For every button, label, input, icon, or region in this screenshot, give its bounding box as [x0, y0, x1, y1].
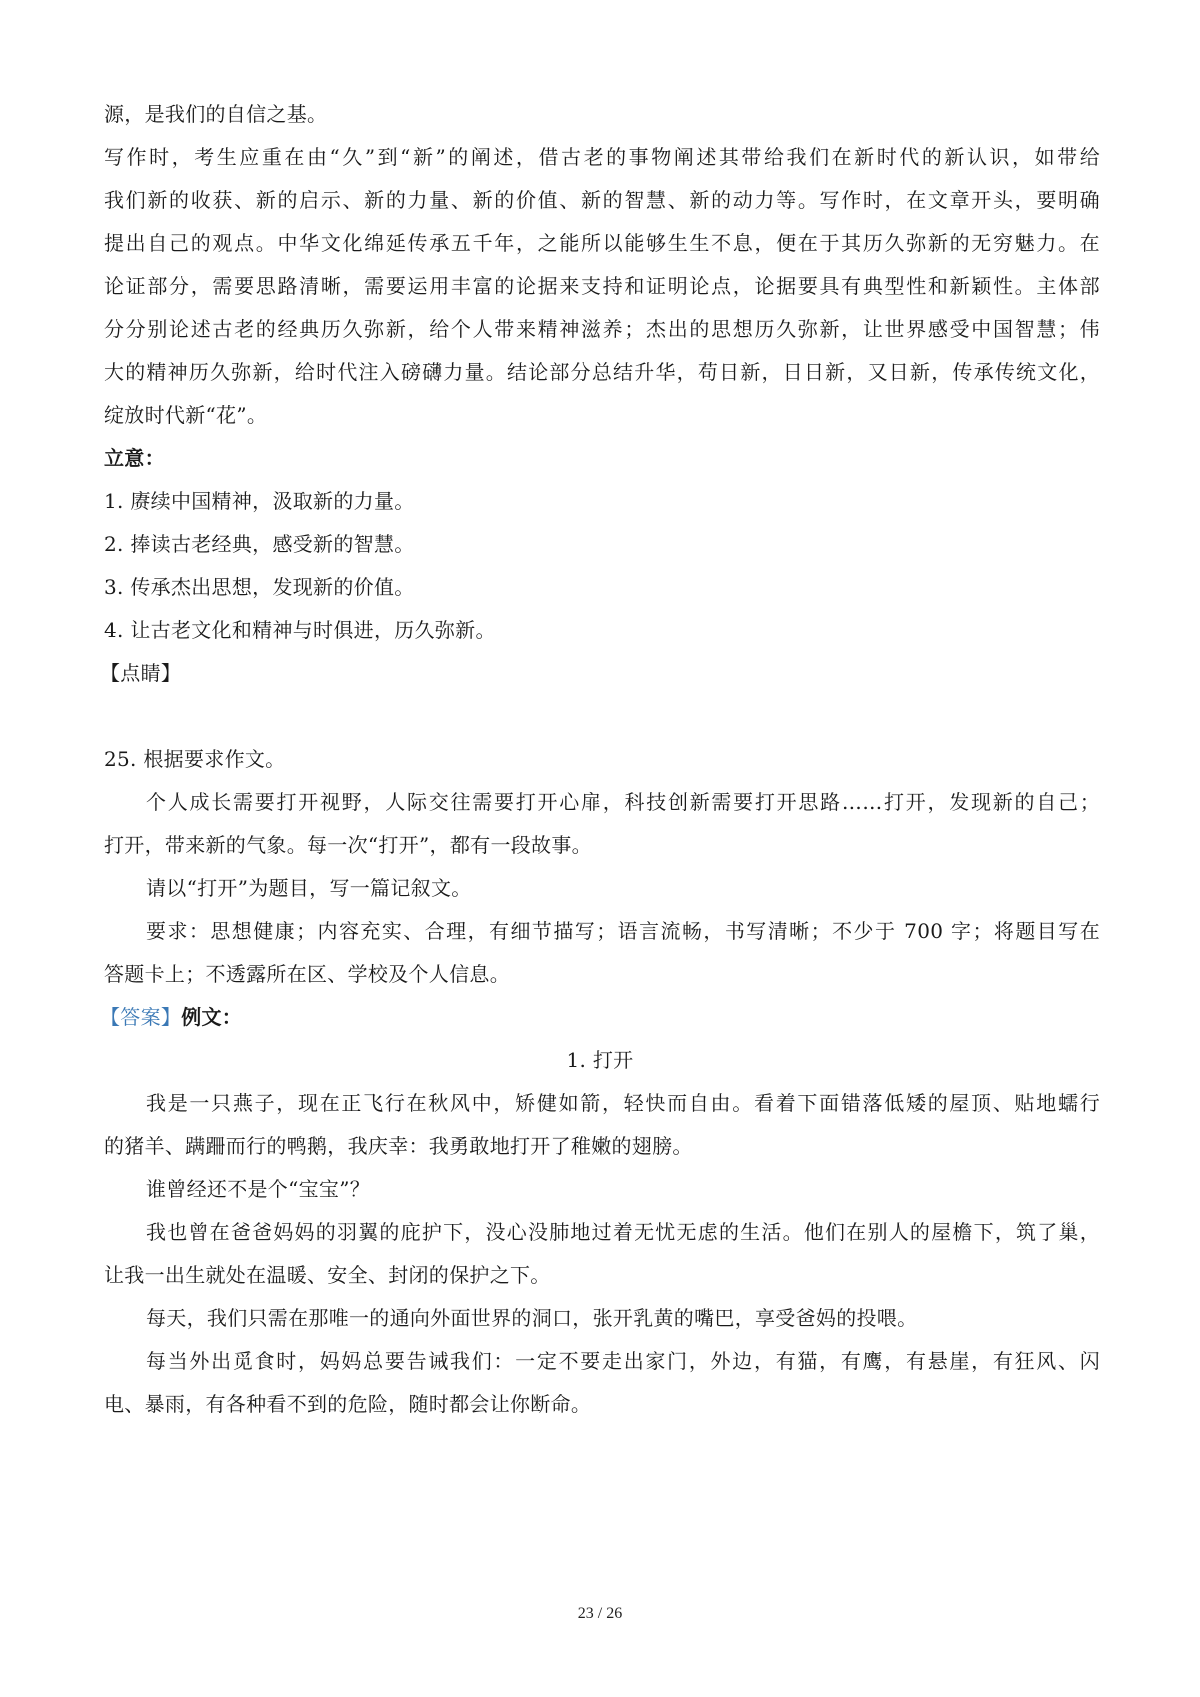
theme-item: 1. 赓续中国精神，汲取新的力量。	[104, 487, 1100, 515]
essay-paragraph-line: 每当外出觅食时，妈妈总要告诫我们：一定不要走出家门，外边，有猫，有鹰，有悬崖，有…	[146, 1347, 1100, 1375]
answer-label: 例文：	[181, 1005, 242, 1029]
analysis-line: 论证部分，需要思路清晰，需要运用丰富的论据来支持和证明论点，论据要具有典型性和新…	[104, 272, 1100, 300]
essay-paragraph-line: 的猪羊、蹒跚而行的鸭鹅，我庆幸：我勇敢地打开了稚嫩的翅膀。	[104, 1132, 1100, 1160]
analysis-line: 分分别论述古老的经典历久弥新，给个人带来精神滋养；杰出的思想历久弥新，让世界感受…	[104, 315, 1100, 343]
page-number: 23 / 26	[0, 1605, 1200, 1623]
theme-item: 2. 捧读古老经典，感受新的智慧。	[104, 530, 1100, 558]
essay-paragraph-line: 谁曾经还不是个“宝宝”？	[146, 1175, 1100, 1203]
question-requirement-line: 答题卡上；不透露所在区、学校及个人信息。	[104, 960, 1100, 988]
theme-heading: 立意：	[104, 444, 1100, 472]
theme-item: 3. 传承杰出思想，发现新的价值。	[104, 573, 1100, 601]
analysis-line: 我们新的收获、新的启示、新的力量、新的价值、新的智慧、新的动力等。写作时，在文章…	[104, 186, 1100, 214]
essay-paragraph-line: 让我一出生就处在温暖、安全、封闭的保护之下。	[104, 1261, 1100, 1289]
analysis-line: 源，是我们的自信之基。	[104, 100, 1100, 128]
theme-item: 4. 让古老文化和精神与时俱进，历久弥新。	[104, 616, 1100, 644]
document-page: 源，是我们的自信之基。 写作时，考生应重在由“久”到“新”的阐述，借古老的事物阐…	[0, 0, 1200, 1697]
essay-title: 1. 打开	[0, 1046, 1200, 1074]
analysis-line: 写作时，考生应重在由“久”到“新”的阐述，借古老的事物阐述其带给我们在新时代的新…	[104, 143, 1100, 171]
answer-tag: 【答案】	[100, 1005, 181, 1029]
essay-paragraph-line: 每天，我们只需在那唯一的通向外面世界的洞口，张开乳黄的嘴巴，享受爸妈的投喂。	[146, 1304, 1100, 1332]
analysis-line: 大的精神历久弥新，给时代注入磅礴力量。结论部分总结升华，苟日新，日日新，又日新，…	[104, 358, 1100, 386]
essay-paragraph-line: 我也曾在爸爸妈妈的羽翼的庇护下，没心没肺地过着无忧无虑的生活。他们在别人的屋檐下…	[146, 1218, 1100, 1246]
analysis-line: 绽放时代新“花”。	[104, 401, 1100, 429]
analysis-line: 提出自己的观点。中华文化绵延传承五千年，之能所以能够生生不息，便在于其历久弥新的…	[104, 229, 1100, 257]
question-title: 25. 根据要求作文。	[104, 745, 1100, 773]
question-requirement-line: 要求：思想健康；内容充实、合理，有细节描写；语言流畅，书写清晰；不少于 700 …	[146, 917, 1100, 945]
question-prompt-line: 打开，带来新的气象。每一次“打开”，都有一段故事。	[104, 831, 1100, 859]
question-instruction: 请以“打开”为题目，写一篇记叙文。	[146, 874, 1100, 902]
comment-label: 【点睛】	[100, 659, 1096, 687]
essay-paragraph-line: 我是一只燕子，现在正飞行在秋风中，矫健如箭，轻快而自由。看着下面错落低矮的屋顶、…	[146, 1089, 1100, 1117]
essay-paragraph-line: 电、暴雨，有各种看不到的危险，随时都会让你断命。	[104, 1390, 1100, 1418]
question-prompt-line: 个人成长需要打开视野，人际交往需要打开心扉，科技创新需要打开思路……打开，发现新…	[146, 788, 1100, 816]
answer-heading: 【答案】例文：	[100, 1003, 1096, 1031]
